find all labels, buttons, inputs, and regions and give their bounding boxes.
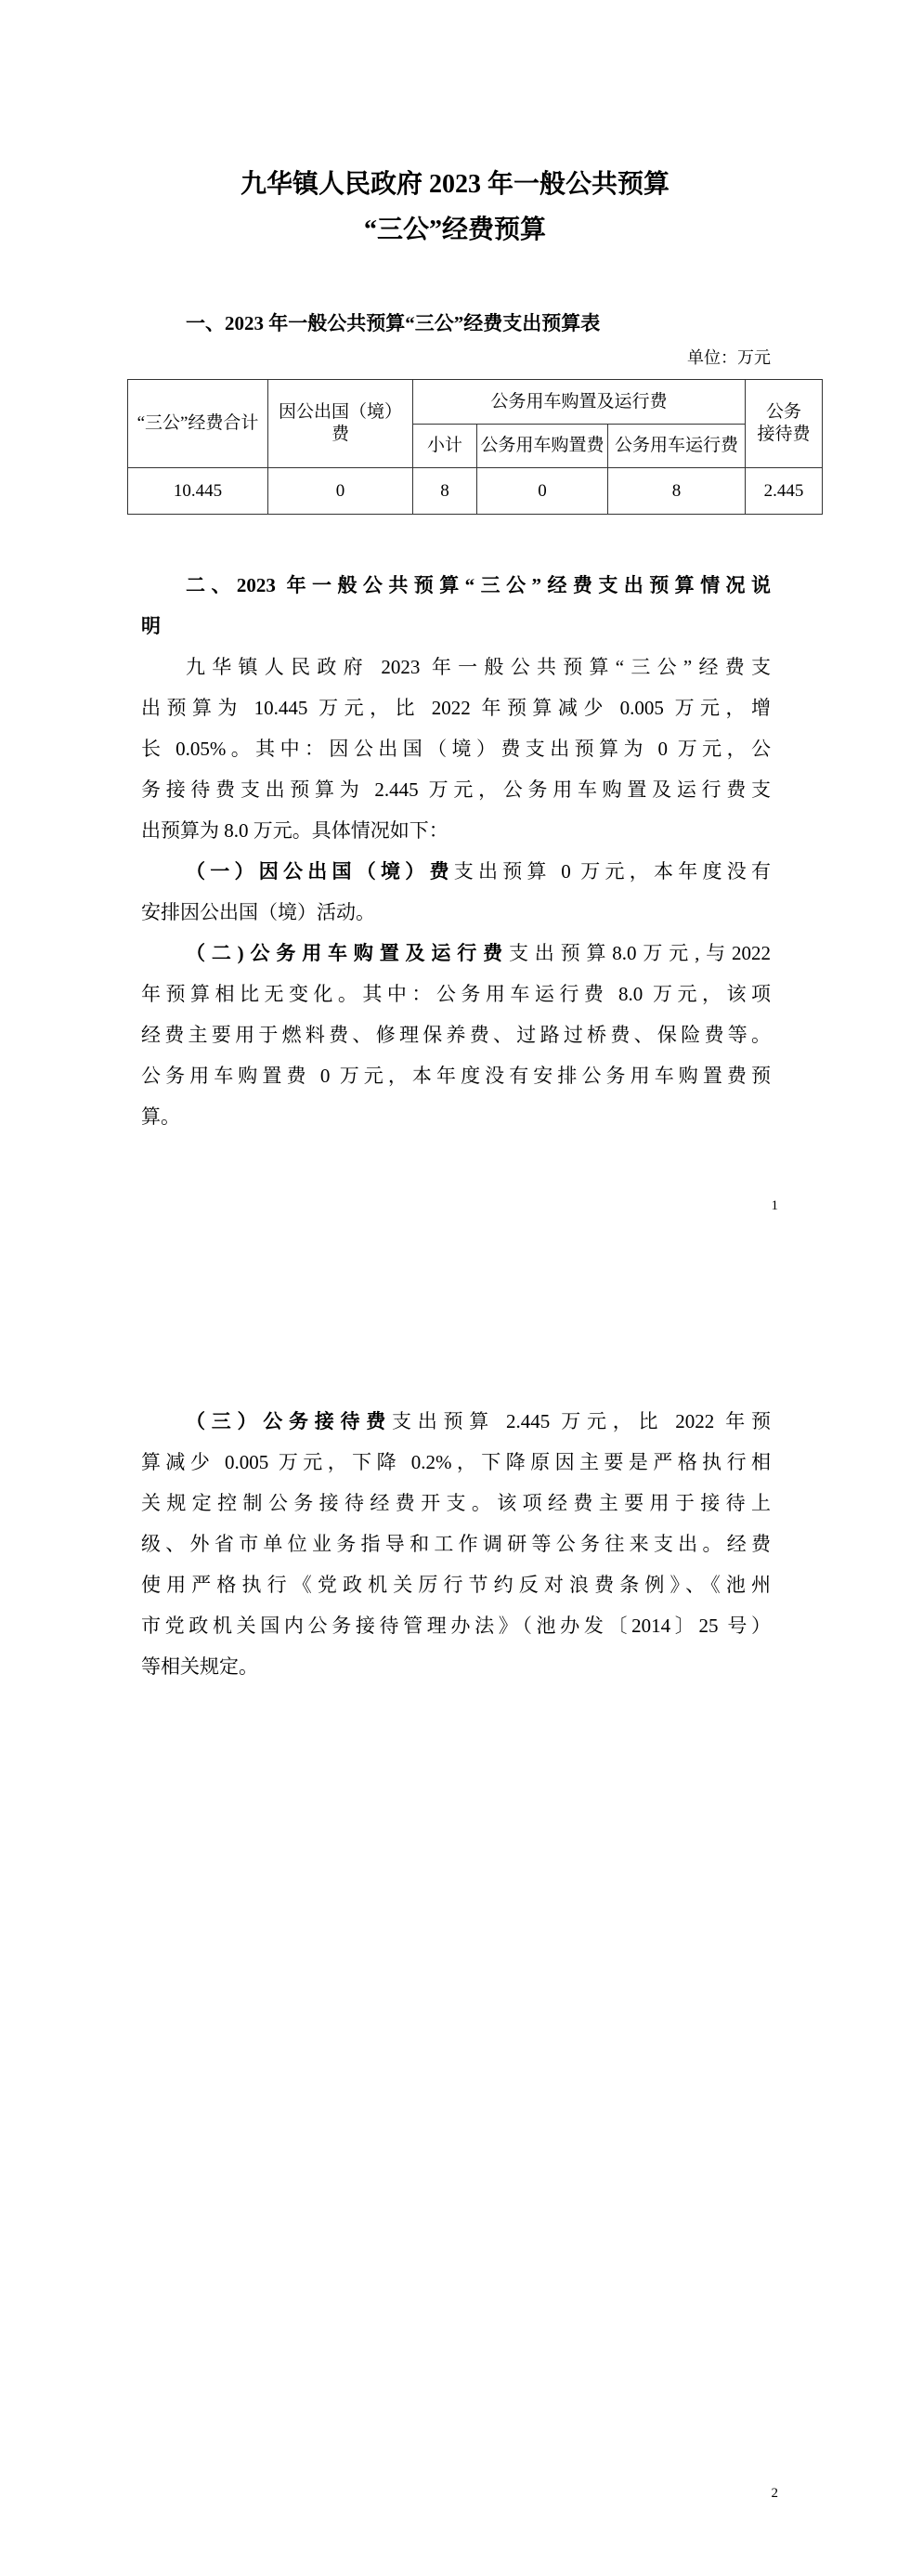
three-public-expense-table: “三公”经费合计 因公出国（境）费 公务用车购置及运行费 公务 接待费 小计 公…	[127, 379, 823, 515]
text-line: 安排因公出国（境）活动。	[141, 892, 771, 933]
text-line: 明	[141, 606, 771, 647]
header-vehicle-operation: 公务用车运行费	[608, 425, 746, 468]
text-line: 等相关规定。	[141, 1646, 771, 1687]
header-abroad: 因公出国（境）费	[268, 380, 413, 468]
text-line: 九华镇人民政府 2023 年一般公共预算“三公”经费支	[141, 647, 771, 687]
section1-heading: 一、2023 年一般公共预算“三公”经费支出预算表	[141, 309, 791, 337]
text-run: 安排因公出国（境）活动。	[141, 901, 375, 923]
document-page: { "doc": { "title_line1": "九华镇人民政府 2023 …	[0, 0, 910, 2576]
text-run: 使用严格执行《党政机关厉行节约反对浪费条例》、《池州	[141, 1574, 771, 1596]
cell-reception: 2.445	[746, 468, 823, 515]
bold-text-run: （一）因公出国（境）费	[186, 860, 454, 883]
header-total: “三公”经费合计	[128, 380, 268, 468]
cell-vehicle-operation: 8	[608, 468, 746, 515]
text-line: 市党政机关国内公务接待管理办法》（池办发〔2014〕25 号）	[141, 1605, 771, 1646]
text-run: 支出预算 2.445 万元，比 2022 年预	[392, 1410, 771, 1432]
unit-note: 单位：万元	[141, 347, 771, 369]
text-run: 务接待费支出预算为 2.445 万元，公务用车购置及运行费支	[141, 778, 771, 801]
text-run: 市党政机关国内公务接待管理办法》（池办发〔2014〕25 号）	[141, 1615, 771, 1637]
text-run: 支出预算 0 万元，本年度没有	[454, 860, 771, 883]
text-line: 出预算为 8.0 万元。具体情况如下：	[141, 810, 771, 851]
text-run: 长 0.05%。其中：因公出国（境）费支出预算为 0 万元，公	[141, 738, 771, 760]
budget-table: “三公”经费合计 因公出国（境）费 公务用车购置及运行费 公务 接待费 小计 公…	[127, 379, 822, 515]
text-run: 公务用车购置费 0 万元，本年度没有安排公务用车购置费预	[141, 1065, 771, 1087]
doc-title-line1: 九华镇人民政府 2023 年一般公共预算	[0, 169, 910, 201]
text-line: 公务用车购置费 0 万元，本年度没有安排公务用车购置费预	[141, 1055, 771, 1096]
header-vehicle-purchase: 公务用车购置费	[477, 425, 608, 468]
text-line: 务接待费支出预算为 2.445 万元，公务用车购置及运行费支	[141, 769, 771, 810]
text-line: 算。	[141, 1096, 771, 1137]
page1-body-text: 二、2023 年一般公共预算“三公”经费支出预算情况说明九华镇人民政府 2023…	[141, 565, 771, 1137]
text-run: 经费主要用于燃料费、修理保养费、过路过桥费、保险费等。	[141, 1024, 771, 1046]
text-run: 出预算为 8.0 万元。具体情况如下：	[141, 819, 448, 842]
text-line: 算减少 0.005 万元，下降 0.2%，下降原因主要是严格执行相	[141, 1442, 771, 1483]
bold-text-run: 明	[141, 615, 161, 637]
text-run: 出预算为 10.445 万元，比 2022 年预算减少 0.005 万元，增	[141, 697, 771, 719]
cell-abroad: 0	[268, 468, 413, 515]
text-line: 关规定控制公务接待经费开支。该项经费主要用于接待上	[141, 1483, 771, 1523]
text-line: 使用严格执行《党政机关厉行节约反对浪费条例》、《池州	[141, 1564, 771, 1605]
text-line: （一）因公出国（境）费支出预算 0 万元，本年度没有	[141, 851, 771, 892]
text-run: 支出预算8.0万元,与2022	[509, 942, 771, 964]
text-line: 出预算为 10.445 万元，比 2022 年预算减少 0.005 万元，增	[141, 687, 771, 728]
header-reception: 公务 接待费	[746, 380, 823, 468]
cell-vehicle-subtotal: 8	[413, 468, 477, 515]
text-line: 二、2023 年一般公共预算“三公”经费支出预算情况说	[141, 565, 771, 606]
text-line: 经费主要用于燃料费、修理保养费、过路过桥费、保险费等。	[141, 1014, 771, 1055]
bold-text-run: 二、2023 年一般公共预算“三公”经费支出预算情况说	[186, 574, 771, 596]
text-line: 级、外省市单位业务指导和工作调研等公务往来支出。经费	[141, 1523, 771, 1564]
text-run: 算。	[141, 1105, 180, 1128]
text-line: （二)公务用车购置及运行费支出预算8.0万元,与2022	[141, 933, 771, 974]
text-line: （三）公务接待费支出预算 2.445 万元，比 2022 年预	[141, 1401, 771, 1442]
header-vehicle-group: 公务用车购置及运行费	[413, 380, 746, 425]
table-row: 10.445 0 8 0 8 2.445	[128, 468, 823, 515]
text-line: 年预算相比无变化。其中：公务用车运行费 8.0 万元，该项	[141, 974, 771, 1014]
cell-vehicle-purchase: 0	[477, 468, 608, 515]
text-run: 级、外省市单位业务指导和工作调研等公务往来支出。经费	[141, 1533, 771, 1555]
page2-body-text: （三）公务接待费支出预算 2.445 万元，比 2022 年预算减少 0.005…	[141, 1401, 771, 1687]
cell-total: 10.445	[128, 468, 268, 515]
header-vehicle-subtotal: 小计	[413, 425, 477, 468]
page1-number: 1	[141, 1197, 778, 1214]
bold-text-run: （二)公务用车购置及运行费	[186, 942, 509, 964]
text-run: 九华镇人民政府 2023 年一般公共预算“三公”经费支	[186, 656, 771, 678]
text-run: 关规定控制公务接待经费开支。该项经费主要用于接待上	[141, 1492, 771, 1514]
page2-number: 2	[141, 2485, 778, 2502]
text-run: 等相关规定。	[141, 1655, 258, 1678]
text-run: 算减少 0.005 万元，下降 0.2%，下降原因主要是严格执行相	[141, 1451, 771, 1473]
bold-text-run: （三）公务接待费	[186, 1410, 392, 1432]
doc-title-line2: “三公”经费预算	[0, 215, 910, 246]
text-line: 长 0.05%。其中：因公出国（境）费支出预算为 0 万元，公	[141, 728, 771, 769]
text-run: 年预算相比无变化。其中：公务用车运行费 8.0 万元，该项	[141, 983, 771, 1005]
